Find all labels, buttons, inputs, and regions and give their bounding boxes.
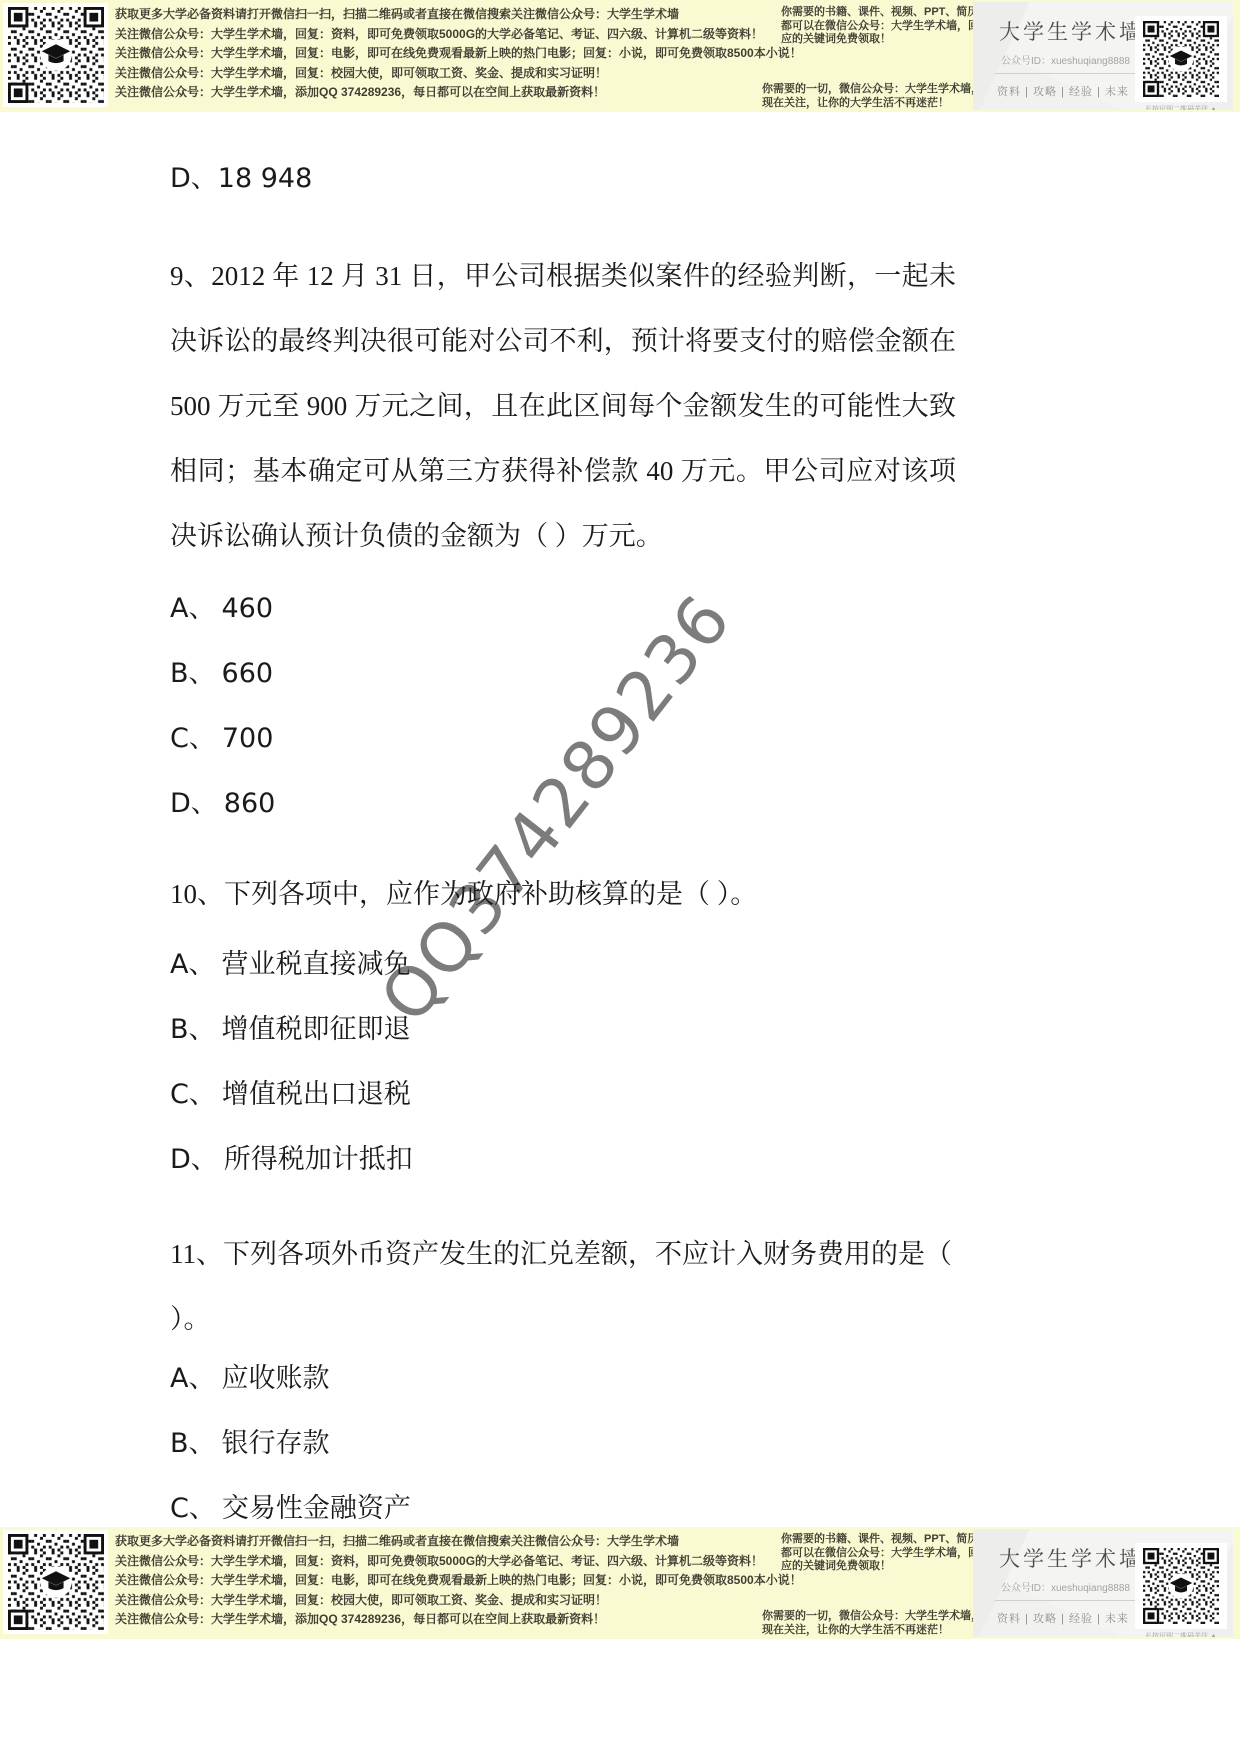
banner-line: 关注微信公众号：大学生学术墙，回复：资料，即可免费领取5000G的大学必备笔记、… xyxy=(115,1552,795,1572)
option-label: C、 xyxy=(170,723,216,754)
promo-banner-top: 获取更多大学必备资料请打开微信扫一扫，扫描二维码或者直接在微信搜索关注微信公众号… xyxy=(0,0,1240,112)
question-11-option-c: C、交易性金融资产 xyxy=(170,1488,411,1529)
card-title: 大学生学术墙 xyxy=(999,1543,1143,1573)
qr-code-left-box xyxy=(3,1530,108,1634)
option-value: 18 948 xyxy=(218,163,312,194)
question-11-option-a: A、应收账款 xyxy=(170,1358,329,1399)
option-label: A、 xyxy=(170,1363,215,1394)
banner-side-note: 你需要的书籍、课件、视频、PPT、简历模板 都可以在微信公众号：大学生学术墙，回… xyxy=(781,6,1001,47)
qq-watermark: QQ374289236 xyxy=(370,583,744,1035)
option-label: B、 xyxy=(170,1014,216,1045)
qr-code-card-box xyxy=(1135,1543,1227,1629)
question-10-option-a: A、营业税直接减免 xyxy=(170,944,410,985)
qr-code-card-box xyxy=(1135,16,1227,102)
banner-line: 关注微信公众号：大学生学术墙，回复：校园大使，即可领取工资、奖金、提成和实习证明… xyxy=(115,1591,795,1611)
option-label: B、 xyxy=(170,1428,216,1459)
question-line: 9、2012 年 12 月 31 日，甲公司根据类似案件的经验判断，一起未 xyxy=(170,244,956,309)
option-value: 交易性金融资产 xyxy=(222,1493,411,1523)
qr-caption: 长按识别二维码关注 ▲ xyxy=(1133,104,1229,110)
question-line: ）。 xyxy=(170,1287,956,1352)
banner-side-note: 你需要的书籍、课件、视频、PPT、简历模板 都可以在微信公众号：大学生学术墙，回… xyxy=(781,1533,1001,1574)
question-10-text: 10、下列各项中，应作为政府补助核算的是（ ）。 xyxy=(170,862,757,927)
option-label: A、 xyxy=(170,593,215,624)
option-label: A、 xyxy=(170,949,215,980)
card-title: 大学生学术墙 xyxy=(999,16,1143,46)
question-line: 11、下列各项外币资产发生的汇兑差额，不应计入财务费用的是（ xyxy=(170,1222,956,1287)
banner-line: 关注微信公众号：大学生学术墙，添加QQ 374289236，每日都可以在空间上获… xyxy=(115,83,795,103)
qr-code-icon xyxy=(1143,21,1219,97)
qr-caption: 长按识别二维码关注 ▲ xyxy=(1133,1631,1229,1637)
question-line: 决诉讼确认预计负债的金额为（ ）万元。 xyxy=(170,504,956,569)
banner-text-lines: 获取更多大学必备资料请打开微信扫一扫，扫描二维码或者直接在微信搜索关注微信公众号… xyxy=(115,5,795,103)
qr-code-icon xyxy=(8,7,104,103)
card-divider xyxy=(995,73,1137,74)
question-10-option-c: C、增值税出口退税 xyxy=(170,1074,411,1115)
option-label: C、 xyxy=(170,1493,216,1524)
option-value: 应收账款 xyxy=(221,1363,329,1393)
qr-code-icon xyxy=(8,1534,104,1630)
option-value: 所得税加计抵扣 xyxy=(224,1144,413,1174)
option-value: 660 xyxy=(222,658,274,689)
document-page: 获取更多大学必备资料请打开微信扫一扫，扫描二维码或者直接在微信搜索关注微信公众号… xyxy=(0,0,1240,1754)
card-account-id: 公众号ID：xueshuqiang8888 xyxy=(1001,52,1130,67)
option-label: C、 xyxy=(170,1079,216,1110)
banner-line: 获取更多大学必备资料请打开微信扫一扫，扫描二维码或者直接在微信搜索关注微信公众号… xyxy=(115,1532,795,1552)
option-value: 460 xyxy=(221,593,273,624)
wechat-account-card: 大学生学术墙 公众号ID：xueshuqiang8888 资料 | 攻略 | 经… xyxy=(973,2,1233,110)
banner-line: 关注微信公众号：大学生学术墙，回复：校园大使，即可领取工资、奖金、提成和实习证明… xyxy=(115,64,795,84)
banner-line: 关注微信公众号：大学生学术墙，回复：电影，即可在线免费观看最新上映的热门电影；回… xyxy=(115,1571,795,1591)
side-note-line: 你需要的书籍、课件、视频、PPT、简历模板 xyxy=(781,1533,1001,1547)
question-9-option-b: B、660 xyxy=(170,653,273,694)
option-d-question8: D、18 948 xyxy=(170,160,312,197)
option-value: 营业税直接减免 xyxy=(221,949,410,979)
qr-code-icon xyxy=(1143,1548,1219,1624)
option-value: 860 xyxy=(224,788,276,819)
option-label: D、 xyxy=(170,788,218,819)
banner-line: 关注微信公众号：大学生学术墙，添加QQ 374289236，每日都可以在空间上获… xyxy=(115,1610,795,1630)
question-9-option-d: D、860 xyxy=(170,783,275,824)
question-11-text: 11、下列各项外币资产发生的汇兑差额，不应计入财务费用的是（ ）。 xyxy=(170,1222,956,1352)
banner-line: 获取更多大学必备资料请打开微信扫一扫，扫描二维码或者直接在微信搜索关注微信公众号… xyxy=(115,5,795,25)
card-divider xyxy=(995,1600,1137,1601)
banner-line: 关注微信公众号：大学生学术墙，回复：电影，即可在线免费观看最新上映的热门电影；回… xyxy=(115,44,795,64)
option-label: B、 xyxy=(170,658,216,689)
question-10-option-b: B、增值税即征即退 xyxy=(170,1009,411,1050)
question-line: 相同；基本确定可从第三方获得补偿款 40 万元。甲公司应对该项未 xyxy=(170,439,956,504)
side-note-line: 都可以在微信公众号：大学生学术墙，回复相 xyxy=(781,20,1001,34)
banner-text-lines: 获取更多大学必备资料请打开微信扫一扫，扫描二维码或者直接在微信搜索关注微信公众号… xyxy=(115,1532,795,1630)
card-tags: 资料 | 攻略 | 经验 | 未来 xyxy=(997,83,1129,99)
option-value: 700 xyxy=(222,723,274,754)
side-note-line: 应的关键词免费领取！ xyxy=(781,33,1001,47)
question-9-option-c: C、700 xyxy=(170,718,273,759)
option-label: D、 xyxy=(170,163,218,194)
option-label: D、 xyxy=(170,1144,218,1175)
question-line: 500 万元至 900 万元之间，且在此区间每个金额发生的可能性大致 xyxy=(170,374,956,439)
question-10-option-d: D、所得税加计抵扣 xyxy=(170,1139,413,1180)
promo-banner-bottom: 获取更多大学必备资料请打开微信扫一扫，扫描二维码或者直接在微信搜索关注微信公众号… xyxy=(0,1527,1240,1639)
banner-line: 关注微信公众号：大学生学术墙，回复：资料，即可免费领取5000G的大学必备笔记、… xyxy=(115,25,795,45)
qr-code-left-box xyxy=(3,3,108,107)
option-value: 增值税出口退税 xyxy=(222,1079,411,1109)
option-value: 银行存款 xyxy=(222,1428,330,1458)
option-value: 增值税即征即退 xyxy=(222,1014,411,1044)
card-tags: 资料 | 攻略 | 经验 | 未来 xyxy=(997,1610,1129,1626)
question-9-option-a: A、460 xyxy=(170,588,273,629)
question-9-text: 9、2012 年 12 月 31 日，甲公司根据类似案件的经验判断，一起未 决诉… xyxy=(170,244,956,569)
card-account-id: 公众号ID：xueshuqiang8888 xyxy=(1001,1579,1130,1594)
side-note-line: 你需要的书籍、课件、视频、PPT、简历模板 xyxy=(781,6,1001,20)
side-note-line: 应的关键词免费领取！ xyxy=(781,1560,1001,1574)
question-11-option-b: B、银行存款 xyxy=(170,1423,330,1464)
question-line: 决诉讼的最终判决很可能对公司不利，预计将要支付的赔偿金额在 xyxy=(170,309,956,374)
wechat-account-card: 大学生学术墙 公众号ID：xueshuqiang8888 资料 | 攻略 | 经… xyxy=(973,1529,1233,1637)
side-note-line: 都可以在微信公众号：大学生学术墙，回复相 xyxy=(781,1547,1001,1561)
